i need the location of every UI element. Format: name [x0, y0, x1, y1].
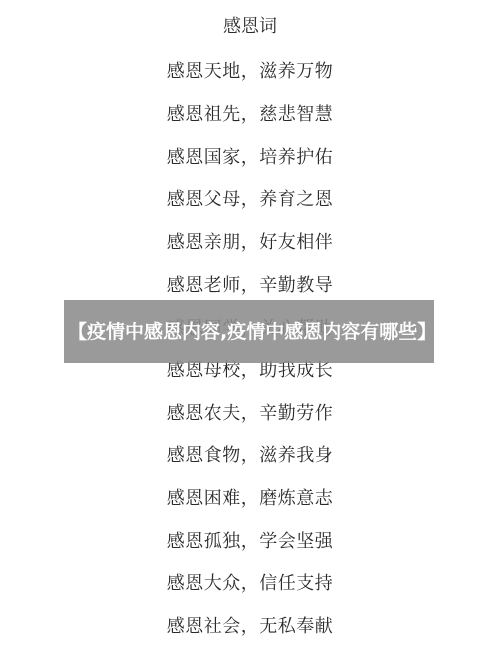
title-overlay-banner: 【疫情中感恩内容,疫情中感恩内容有哪些】 [64, 300, 434, 363]
gratitude-line: 感恩农夫，辛勤劳作 [0, 399, 500, 429]
gratitude-line: 感恩大众，信任支持 [0, 569, 500, 599]
gratitude-line: 感恩天地，滋养万物 [0, 57, 500, 87]
document-title: 感恩词 [0, 12, 500, 42]
gratitude-line: 感恩老师，辛勤教导 [0, 271, 500, 301]
gratitude-line: 感恩困难，磨炼意志 [0, 484, 500, 514]
gratitude-line: 感恩食物，滋养我身 [0, 441, 500, 471]
gratitude-line: 感恩孤独，学会坚强 [0, 527, 500, 557]
gratitude-line: 感恩父母，养育之恩 [0, 185, 500, 215]
gratitude-line: 感恩亲朋，好友相伴 [0, 228, 500, 258]
banner-title: 【疫情中感恩内容,疫情中感恩内容有哪些】 [64, 320, 434, 344]
gratitude-line: 感恩社会，无私奉献 [0, 612, 500, 642]
gratitude-line: 感恩祖先，慈悲智慧 [0, 100, 500, 130]
gratitude-line: 感恩国家，培养护佑 [0, 143, 500, 173]
